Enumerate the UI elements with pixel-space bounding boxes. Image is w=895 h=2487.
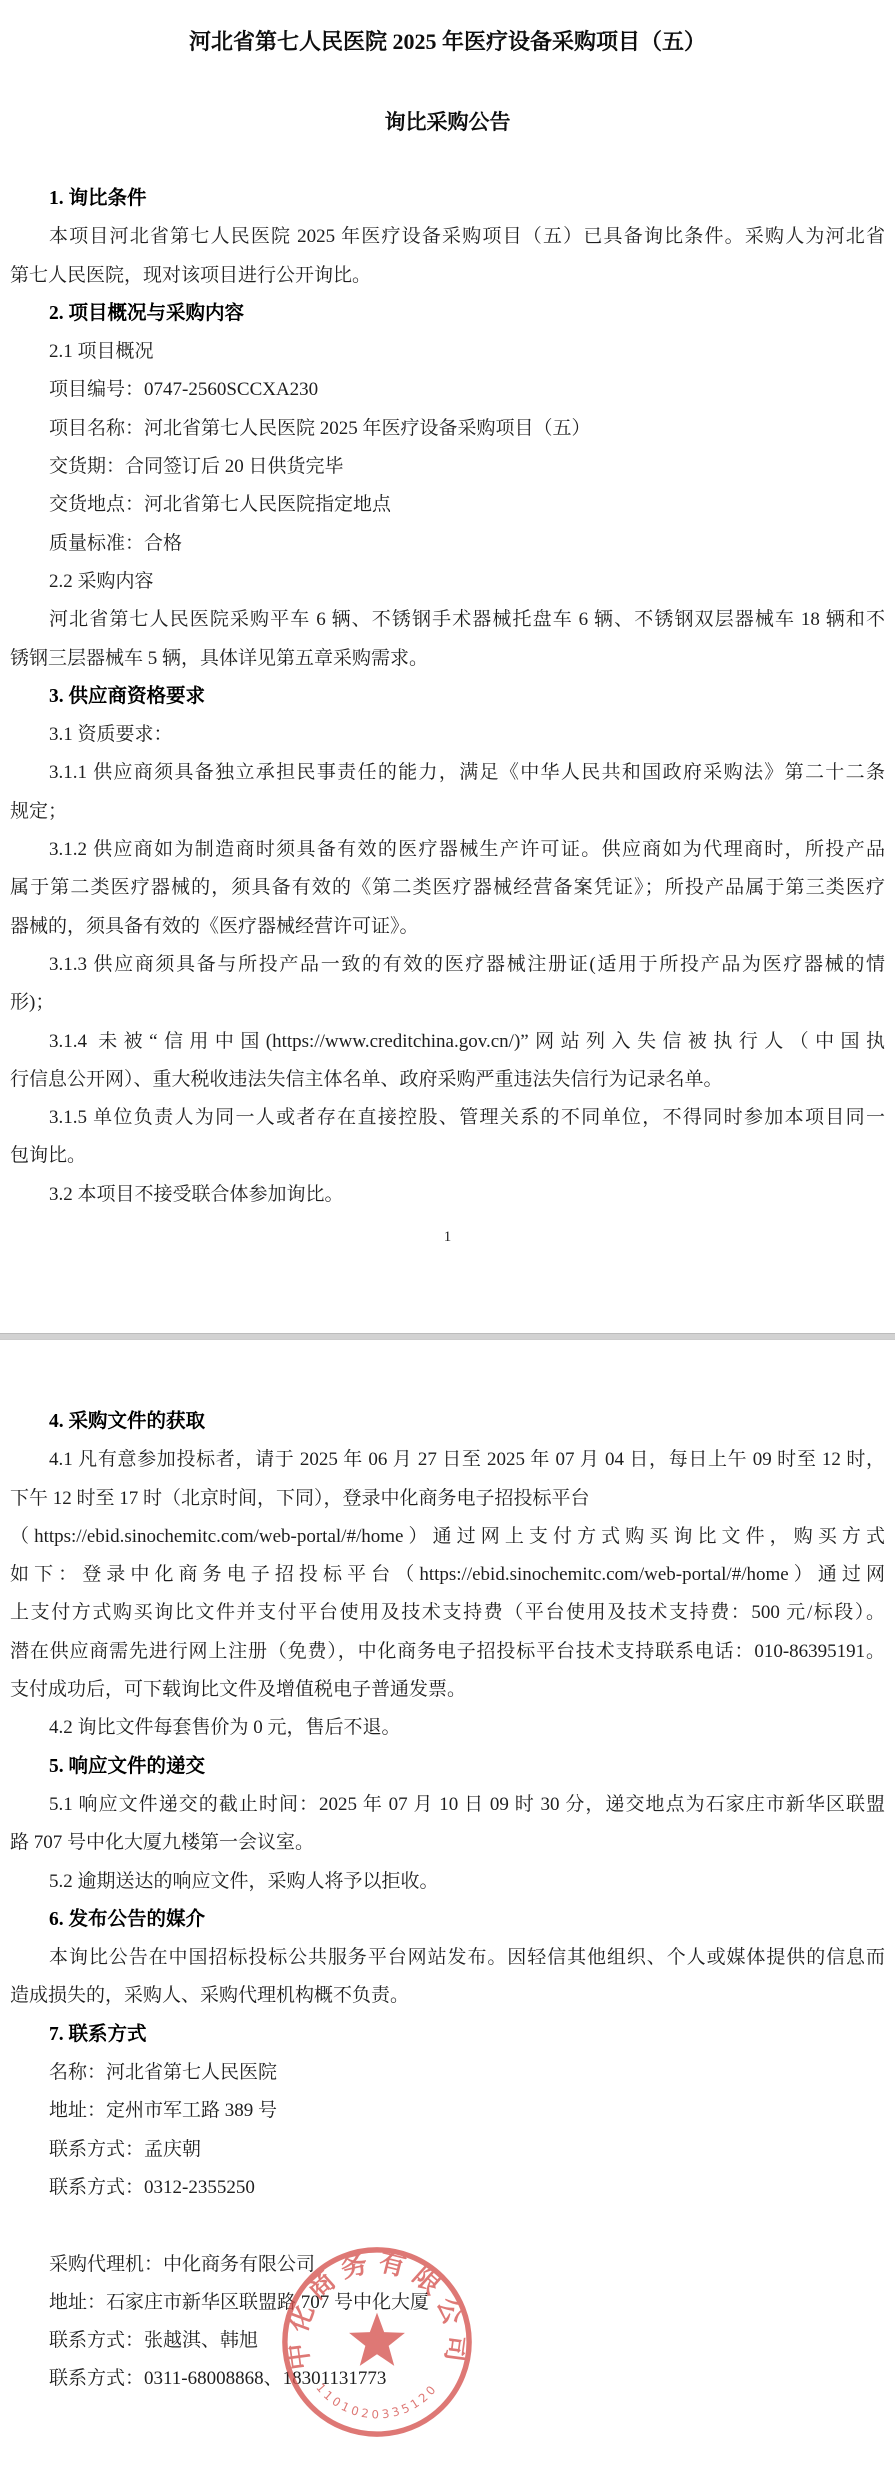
section-heading: 5. 响应文件的递交 — [10, 1748, 885, 1786]
text-line: 联系方式：张越淇、韩旭 — [10, 2322, 885, 2360]
text-line: 潜在供应商需先进行网上注册（免费），中化商务电子招投标平台技术支持联系电话：01… — [10, 1633, 885, 1671]
page-1-body: 1. 询比条件本项目河北省第七人民医院 2025 年医疗设备采购项目（五）已具备… — [10, 180, 885, 1214]
text-line: 下午 12 时至 17 时（北京时间，下同），登录中化商务电子招投标平台 — [10, 1480, 885, 1518]
text-line: 5.1 响应文件递交的截止时间：2025 年 07 月 10 日 09 时 30… — [10, 1786, 885, 1824]
text-line: 地址：定州市军工路 389 号 — [10, 2092, 885, 2130]
text-line: 3.1.3 供应商须具备与所投产品一致的有效的医疗器械注册证(适用于所投产品为医… — [10, 946, 885, 984]
text-line: 4.1 凡有意参加投标者，请于 2025 年 06 月 27 日至 2025 年… — [10, 1441, 885, 1479]
section-heading: 3. 供应商资格要求 — [10, 678, 885, 716]
section-heading: 2. 项目概况与采购内容 — [10, 295, 885, 333]
page-number: 1 — [10, 1222, 885, 1252]
text-line: 2.2 采购内容 — [10, 563, 885, 601]
text-line: 路 707 号中化大厦九楼第一会议室。 — [10, 1824, 885, 1862]
text-line: 3.1.5 单位负责人为同一人或者存在直接控股、管理关系的不同单位，不得同时参加… — [10, 1099, 885, 1137]
text-line: 河北省第七人民医院采购平车 6 辆、不锈钢手术器械托盘车 6 辆、不锈钢双层器械… — [10, 601, 885, 639]
text-line: 支付成功后，可下载询比文件及增值税电子普通发票。 — [10, 1671, 885, 1709]
text-line: 4.2 询比文件每套售价为 0 元，售后不退。 — [10, 1709, 885, 1747]
text-line: 3.1.1 供应商须具备独立承担民事责任的能力，满足《中华人民共和国政府采购法》… — [10, 754, 885, 792]
text-line: 5.2 逾期送达的响应文件，采购人将予以拒收。 — [10, 1863, 885, 1901]
text-line: 3.1.4 未被“信用中国(https://www.creditchina.go… — [10, 1023, 885, 1061]
page-1: 河北省第七人民医院 2025 年医疗设备采购项目（五） 询比采购公告 1. 询比… — [0, 0, 895, 1333]
text-line: 锈钢三层器械车 5 辆，具体详见第五章采购需求。 — [10, 640, 885, 678]
text-line: 项目名称：河北省第七人民医院 2025 年医疗设备采购项目（五） — [10, 410, 885, 448]
text-line: 如下：登录中化商务电子招投标平台（https://ebid.sinochemit… — [10, 1556, 885, 1594]
text-line: 形)； — [10, 984, 885, 1022]
text-line: 行信息公开网）、重大税收违法失信主体名单、政府采购严重违法失信行为记录名单。 — [10, 1061, 885, 1099]
text-line: 3.2 本项目不接受联合体参加询比。 — [10, 1176, 885, 1214]
text-line: 名称：河北省第七人民医院 — [10, 2054, 885, 2092]
text-line: 本询比公告在中国招标投标公共服务平台网站发布。因轻信其他组织、个人或媒体提供的信… — [10, 1939, 885, 1977]
text-line: 规定； — [10, 793, 885, 831]
text-line: 交货地点：河北省第七人民医院指定地点 — [10, 486, 885, 524]
section-heading: 7. 联系方式 — [10, 2016, 885, 2054]
document: 河北省第七人民医院 2025 年医疗设备采购项目（五） 询比采购公告 1. 询比… — [0, 0, 895, 2487]
text-line: 2.1 项目概况 — [10, 333, 885, 371]
section-heading: 6. 发布公告的媒介 — [10, 1901, 885, 1939]
page-2-body: 4. 采购文件的获取4.1 凡有意参加投标者，请于 2025 年 06 月 27… — [10, 1403, 885, 2399]
section-heading: 1. 询比条件 — [10, 180, 885, 218]
text-line: 包询比。 — [10, 1137, 885, 1175]
text-line: 本项目河北省第七人民医院 2025 年医疗设备采购项目（五）已具备询比条件。采购… — [10, 218, 885, 256]
text-line: 采购代理机：中化商务有限公司 — [10, 2246, 885, 2284]
text-line: 联系方式：孟庆朝 — [10, 2131, 885, 2169]
text-line: 器械的，须具备有效的《医疗器械经营许可证》。 — [10, 908, 885, 946]
document-subtitle: 询比采购公告 — [10, 102, 885, 142]
text-line: 3.1.2 供应商如为制造商时须具备有效的医疗器械生产许可证。供应商如为代理商时… — [10, 831, 885, 869]
section-heading: 4. 采购文件的获取 — [10, 1403, 885, 1441]
text-line: 交货期：合同签订后 20 日供货完毕 — [10, 448, 885, 486]
subtitle-spacer — [10, 142, 885, 180]
text-line: （https://ebid.sinochemitc.com/web-portal… — [10, 1518, 885, 1556]
blank-line — [10, 2207, 885, 2245]
text-line: 属于第二类医疗器械的，须具备有效的《第二类医疗器械经营备案凭证》；所投产品属于第… — [10, 869, 885, 907]
text-line: 第七人民医院，现对该项目进行公开询比。 — [10, 257, 885, 295]
text-line: 质量标准：合格 — [10, 525, 885, 563]
text-line: 上支付方式购买询比文件并支付平台使用及技术支持费（平台使用及技术支持费：500 … — [10, 1594, 885, 1632]
text-line: 联系方式：0312-2355250 — [10, 2169, 885, 2207]
text-line: 地址：石家庄市新华区联盟路 707 号中化大厦 — [10, 2284, 885, 2322]
text-line: 造成损失的，采购人、采购代理机构概不负责。 — [10, 1977, 885, 2015]
text-line: 项目编号：0747-2560SCCXA230 — [10, 371, 885, 409]
document-title: 河北省第七人民医院 2025 年医疗设备采购项目（五） — [10, 22, 885, 62]
page-divider — [0, 1333, 895, 1340]
page-2: 4. 采购文件的获取4.1 凡有意参加投标者，请于 2025 年 06 月 27… — [0, 1340, 895, 2487]
text-line: 联系方式：0311-68008868、18301131773 — [10, 2360, 885, 2398]
text-line: 3.1 资质要求： — [10, 716, 885, 754]
title-spacer — [10, 62, 885, 102]
